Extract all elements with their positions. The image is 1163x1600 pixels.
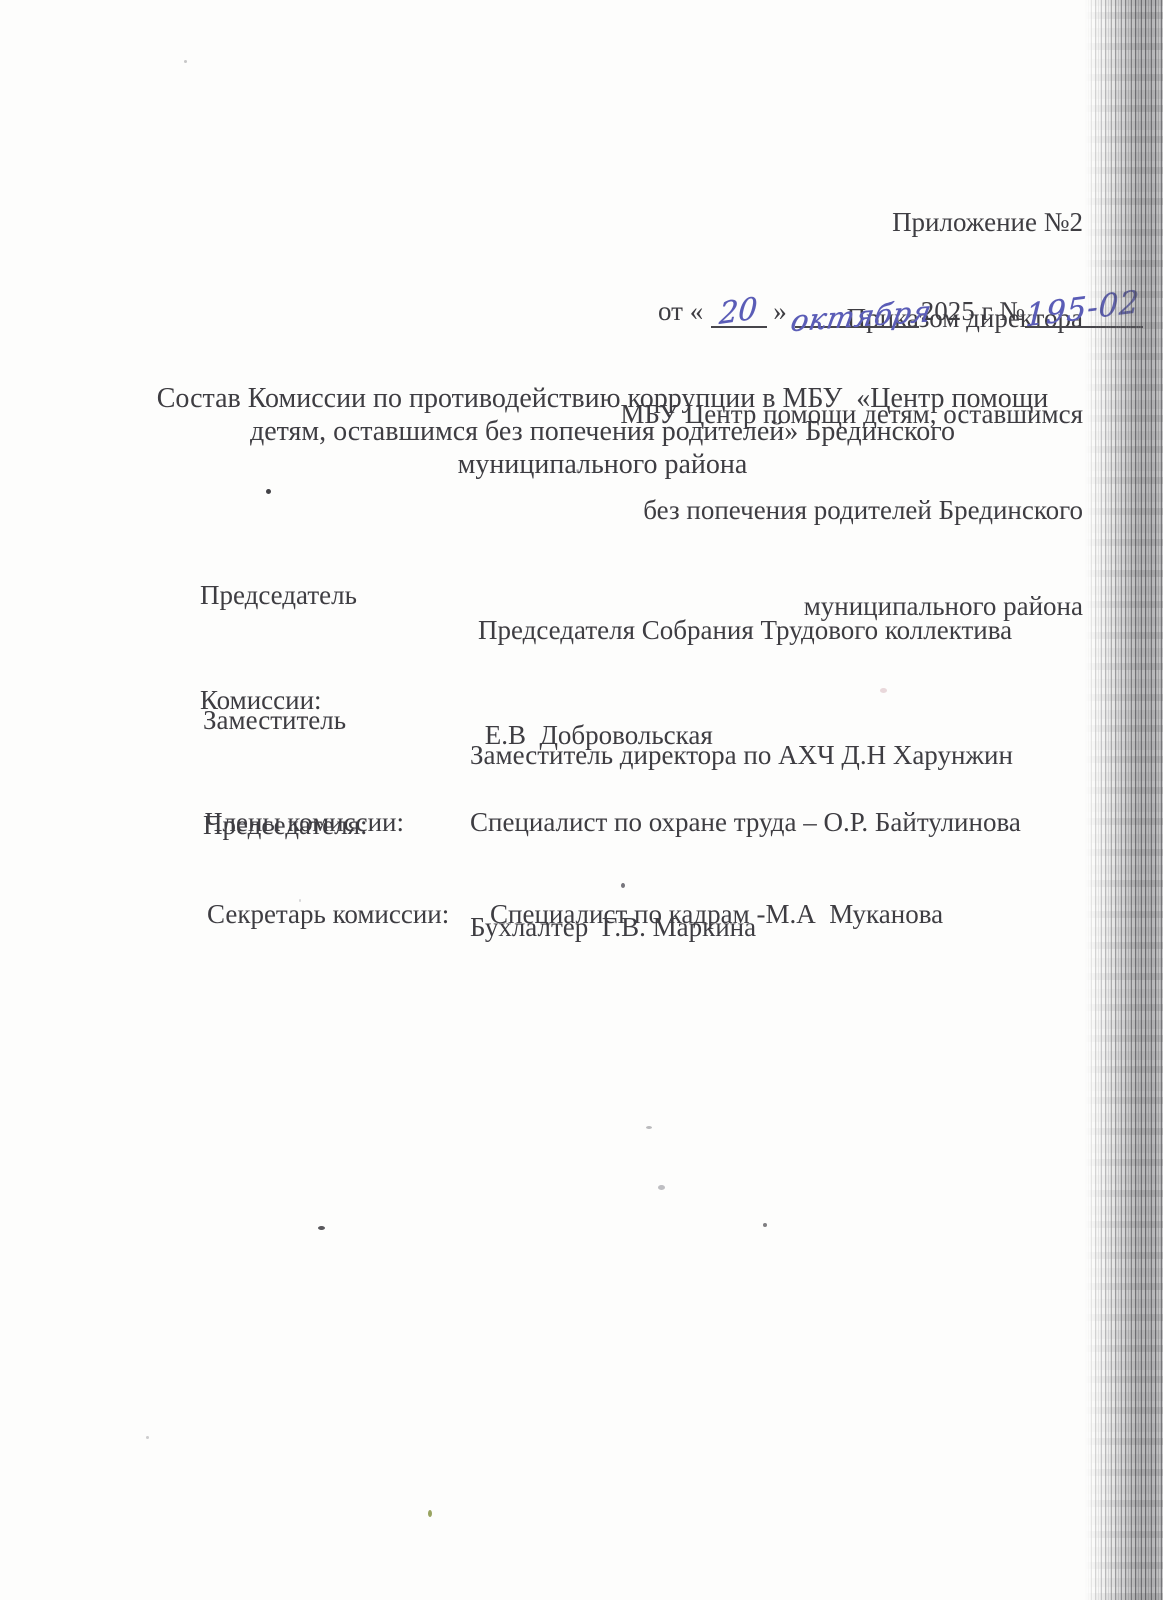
date-year-number-label: 2025 г № (921, 294, 1025, 328)
header-line: без попечения родителей Брединского (620, 494, 1083, 526)
label-line: Заместитель (203, 703, 368, 738)
scan-speck (428, 1510, 432, 1517)
header-line: Приложение №2 (620, 206, 1083, 238)
scan-speck (299, 899, 301, 902)
label-line: Секретарь комиссии: (207, 897, 449, 932)
handwritten-day: 20 (718, 292, 758, 332)
scan-speck (184, 60, 187, 63)
date-day-blank: 20 (711, 296, 767, 328)
scan-speck (318, 1226, 325, 1230)
scan-speck (646, 1126, 652, 1129)
document-title: Состав Комиссии по противодействию корру… (140, 382, 1065, 481)
row-value: Специалист по кадрам -М.А Муканова (490, 827, 943, 1002)
date-line: от «20»октября2025 г №195-02 (658, 294, 1143, 328)
date-prefix: от « (658, 294, 703, 328)
scan-speck (266, 489, 271, 494)
value-line: Председателя Собрания Трудового коллекти… (478, 613, 1012, 648)
value-line: Специалист по кадрам -М.А Муканова (490, 897, 943, 932)
date-close-quote: » (773, 294, 787, 328)
row-label: Секретарь комиссии: (207, 827, 449, 1002)
date-month-blank: октября (795, 296, 919, 328)
scanned-document-page: Приложение №2 Приказом директора МБУ Цен… (0, 0, 1163, 1600)
scan-speck (880, 688, 887, 693)
scan-speck (576, 469, 579, 472)
scan-speck (658, 1185, 665, 1190)
scan-edge-artifact (1085, 0, 1163, 1600)
title-line: Состав Комиссии по противодействию корру… (140, 382, 1065, 415)
title-line: муниципального района (140, 448, 1065, 481)
scan-speck (621, 883, 625, 888)
scan-speck (763, 1223, 767, 1227)
scan-speck (146, 1436, 149, 1439)
label-line: Председатель (200, 578, 357, 613)
title-line: детям, оставшимся без попечения родителе… (140, 415, 1065, 448)
